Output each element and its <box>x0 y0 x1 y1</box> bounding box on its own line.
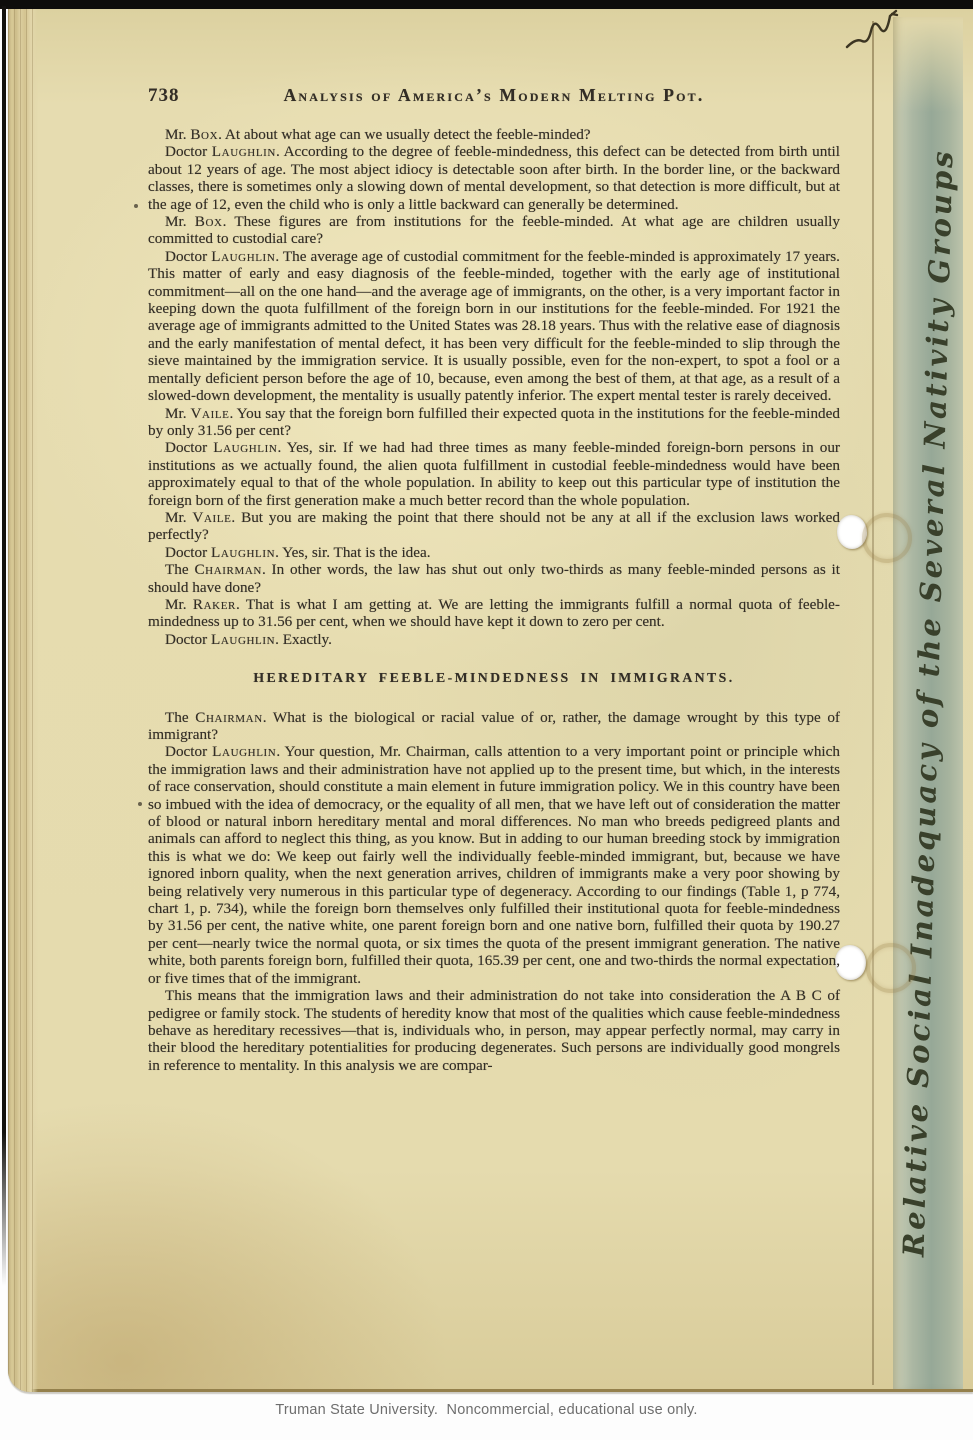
hole-ring-top <box>862 513 912 563</box>
paragraph: Doctor Laughlin. According to the degree… <box>148 143 840 213</box>
text-column: Mr. Box. At about what age can we usuall… <box>148 126 840 1074</box>
paragraph: Mr. Vaile. But you are making the point … <box>148 509 840 544</box>
foldout-chart-tab: Relative Social Inadequacy of the Severa… <box>893 17 963 1389</box>
section-heading: HEREDITARY FEEBLE-MINDEDNESS IN IMMIGRAN… <box>148 669 840 686</box>
page-number: 738 <box>148 85 180 107</box>
hole-ring-bottom <box>866 943 916 993</box>
ink-speck <box>134 204 138 208</box>
paragraph: Doctor Laughlin. Yes, sir. That is the i… <box>148 544 840 561</box>
page-header: 738 Analysis of America’s Modern Melting… <box>148 85 840 111</box>
ink-speck <box>138 802 142 806</box>
paragraph: Doctor Laughlin. Your question, Mr. Chai… <box>148 743 840 987</box>
paragraph: The Chairman. In other words, the law ha… <box>148 561 840 596</box>
paragraph: Mr. Vaile. You say that the foreign born… <box>148 405 840 440</box>
printed-content: 738 Analysis of America’s Modern Melting… <box>148 85 840 1074</box>
paragraph: This means that the immigration laws and… <box>148 987 840 1074</box>
paragraph: Doctor Laughlin. Yes, sir. If we had had… <box>148 439 840 509</box>
running-title: Analysis of America’s Modern Melting Pot… <box>148 85 840 106</box>
fold-crease-line <box>872 21 874 1385</box>
paragraph: Doctor Laughlin. Exactly. <box>148 631 840 648</box>
scan-left-edge <box>2 6 6 1286</box>
paragraph: Doctor Laughlin. The average age of cust… <box>148 248 840 405</box>
scanned-book-page: Relative Social Inadequacy of the Severa… <box>0 0 973 1440</box>
pen-mark <box>843 7 905 51</box>
foldout-tab-label: Relative Social Inadequacy of the Severa… <box>875 16 973 1389</box>
footer-credit: Truman State University. Noncommercial, … <box>0 1402 973 1418</box>
paragraph: The Chairman. What is the biological or … <box>148 709 840 744</box>
page-stack-edge <box>8 9 38 1392</box>
paragraph: Mr. Box. These figures are from institut… <box>148 213 840 248</box>
paragraph: Mr. Raker. That is what I am getting at.… <box>148 596 840 631</box>
paragraph: Mr. Box. At about what age can we usuall… <box>148 126 840 143</box>
scan-top-edge <box>0 0 973 9</box>
book-page: Relative Social Inadequacy of the Severa… <box>8 9 973 1392</box>
